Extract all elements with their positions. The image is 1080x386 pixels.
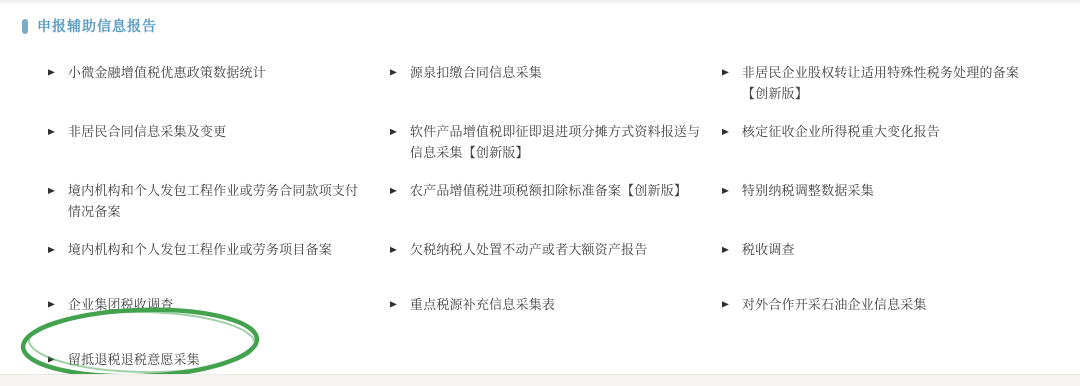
report-link-label: 对外合作开采石油企业信息采集	[742, 294, 927, 315]
bullet-arrow-icon: ▶	[722, 240, 729, 259]
report-link-label: 非居民合同信息采集及变更	[68, 121, 226, 142]
bullet-arrow-icon: ▶	[48, 295, 55, 314]
report-link-item[interactable]: ▶ 税收调查	[722, 239, 1054, 277]
report-link-item[interactable]: ▶ 境内机构和个人发包工程作业或劳务合同款项支付情况备案	[48, 180, 390, 222]
top-edge-shadow	[0, 0, 1080, 5]
report-link-label: 非居民企业股权转让适用特殊性税务处理的备案【创新版】	[742, 62, 1034, 104]
bullet-arrow-icon: ▶	[48, 63, 55, 82]
bullet-arrow-icon: ▶	[390, 295, 397, 314]
bullet-arrow-icon: ▶	[722, 295, 729, 314]
report-link-label: 核定征收企业所得税重大变化报告	[742, 121, 940, 142]
report-link-label: 农产品增值税进项税额扣除标准备案【创新版】	[410, 180, 687, 201]
bullet-arrow-icon: ▶	[722, 181, 729, 200]
bullet-arrow-icon: ▶	[390, 122, 397, 141]
report-link-label: 欠税纳税人处置不动产或者大额资产报告	[410, 239, 648, 260]
footer-strip	[0, 374, 1080, 386]
bullet-arrow-icon: ▶	[48, 350, 55, 369]
accent-bar-icon	[22, 19, 28, 34]
report-link-item[interactable]: ▶ 非居民合同信息采集及变更	[48, 121, 390, 163]
report-link-item[interactable]: ▶ 小微金融增值税优惠政策数据统计	[48, 62, 390, 104]
bullet-arrow-icon: ▶	[390, 181, 397, 200]
section-title: 申报辅助信息报告	[37, 16, 157, 36]
report-link-item[interactable]: ▶ 重点税源补充信息采集表	[390, 294, 722, 332]
section-header: 申报辅助信息报告	[0, 0, 1080, 36]
report-link-item[interactable]: ▶ 源泉扣缴合同信息采集	[390, 62, 722, 104]
report-links-grid: ▶ 小微金融增值税优惠政策数据统计 ▶ 源泉扣缴合同信息采集 ▶ 非居民企业股权…	[0, 62, 1080, 386]
bullet-arrow-icon: ▶	[48, 122, 55, 141]
bullet-arrow-icon: ▶	[722, 63, 729, 82]
bullet-arrow-icon: ▶	[48, 181, 55, 200]
bullet-arrow-icon: ▶	[390, 240, 397, 259]
report-link-label: 重点税源补充信息采集表	[410, 294, 555, 315]
report-link-label: 企业集团税收调查	[68, 294, 174, 315]
report-link-item[interactable]: ▶ 企业集团税收调查	[48, 294, 390, 332]
report-link-item[interactable]: ▶ 软件产品增值税即征即退进项分摊方式资料报送与信息采集【创新版】	[390, 121, 722, 163]
report-link-item[interactable]: ▶ 对外合作开采石油企业信息采集	[722, 294, 1054, 332]
report-link-item[interactable]: ▶ 特别纳税调整数据采集	[722, 180, 1054, 222]
report-link-label: 境内机构和个人发包工程作业或劳务项目备案	[68, 239, 332, 260]
bullet-arrow-icon: ▶	[390, 63, 397, 82]
report-link-label: 小微金融增值税优惠政策数据统计	[68, 62, 266, 83]
bullet-arrow-icon: ▶	[48, 240, 55, 259]
report-link-item[interactable]: ▶ 欠税纳税人处置不动产或者大额资产报告	[390, 239, 722, 277]
report-link-label: 税收调查	[742, 239, 795, 260]
report-link-item[interactable]: ▶ 核定征收企业所得税重大变化报告	[722, 121, 1054, 163]
report-link-item[interactable]: ▶ 农产品增值税进项税额扣除标准备案【创新版】	[390, 180, 722, 222]
report-link-label: 境内机构和个人发包工程作业或劳务合同款项支付情况备案	[68, 180, 370, 222]
report-link-label: 留抵退税退税意愿采集	[68, 349, 200, 370]
report-link-item[interactable]: ▶ 非居民企业股权转让适用特殊性税务处理的备案【创新版】	[722, 62, 1054, 104]
report-link-item[interactable]: ▶ 境内机构和个人发包工程作业或劳务项目备案	[48, 239, 390, 277]
report-link-label: 源泉扣缴合同信息采集	[410, 62, 542, 83]
report-link-label: 特别纳税调整数据采集	[742, 180, 874, 201]
report-link-label: 软件产品增值税即征即退进项分摊方式资料报送与信息采集【创新版】	[410, 121, 702, 163]
bullet-arrow-icon: ▶	[722, 122, 729, 141]
